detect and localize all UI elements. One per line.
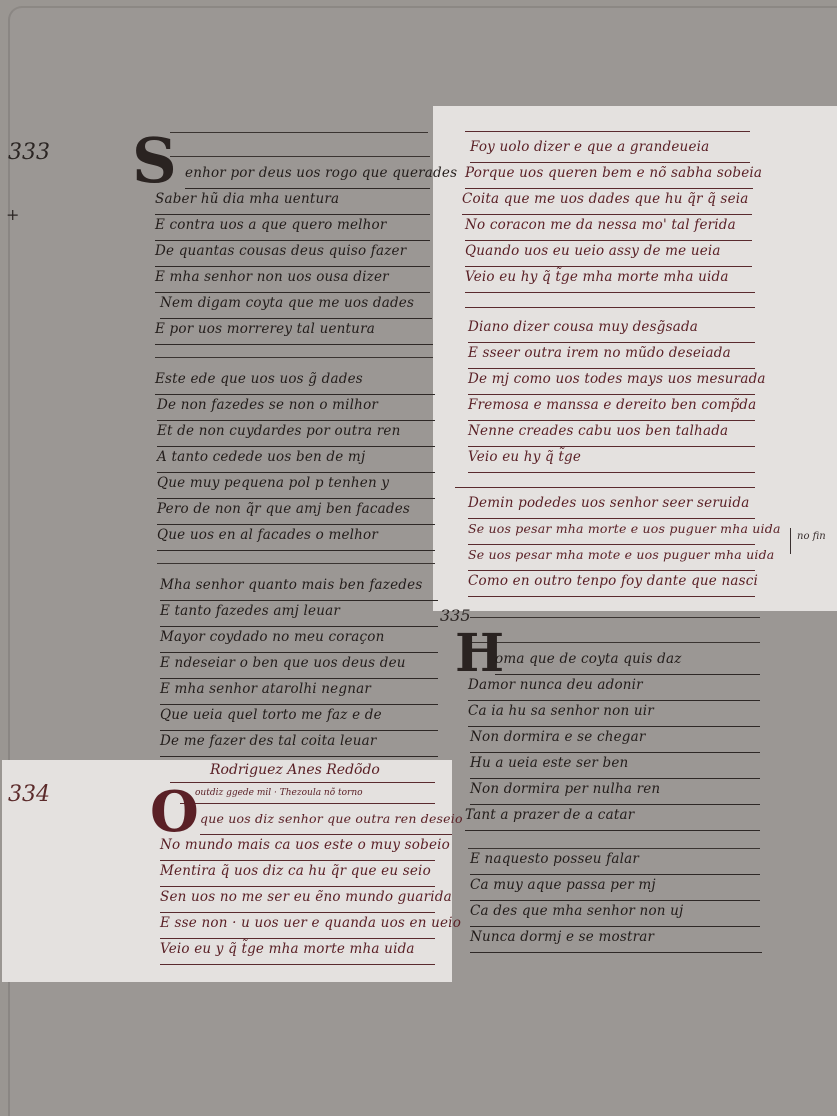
folio-number-334: 334: [8, 782, 50, 807]
verse-line: E tanto fazedes amj leuar: [160, 600, 438, 627]
verse-line: Tant a prazer de a catar: [465, 804, 760, 831]
initial-letter-o: O: [150, 782, 199, 842]
verse-line: No mundo mais ca uos este o muy sobeio: [160, 834, 435, 861]
verse-line: Hu a ueia este ser ben: [470, 752, 760, 779]
verse-line: Nunca dormj e se mostrar: [470, 926, 762, 953]
verse-line: Ca ia hu sa senhor non uir: [468, 700, 760, 727]
verse-line: Ca muy aque passa per mj: [470, 874, 760, 901]
verse-line: A tanto cedede uos ben de mj: [157, 446, 435, 473]
verse-line: E sse non · u uos uer e quanda uos en ue…: [160, 912, 435, 939]
verse-line: Se uos pesar mha mote e uos puguer mha u…: [468, 544, 755, 571]
ruling-line: [157, 563, 435, 564]
verse-line: Que uos en al facades o melhor: [157, 524, 435, 551]
verse-line: Mayor coydado no meu coraçon: [160, 626, 438, 653]
verse-line: E naquesto posseu falar: [470, 848, 760, 875]
verse-line: Fremosa e manssa e dereito ben comp̃da: [468, 394, 755, 421]
verse-line: Este ede que uos uos g̃ dades: [155, 368, 435, 395]
verse-line: Coita que me uos dades que hu q̃r q̃ sei…: [462, 188, 752, 215]
verse-line: Que ueia quel torto me faz e de: [160, 704, 438, 731]
author-rubric: Rodriguez Anes Redõdo: [210, 762, 380, 778]
ruling-line: [465, 131, 750, 132]
verse-line: De quantas cousas deus quiso fazer: [155, 240, 430, 267]
verse-line: E por uos morrerey tal uentura: [155, 318, 433, 345]
verse-line: enhor por deus uos rogo que querades: [185, 162, 430, 189]
verse-line: Nem digam coyta que me uos dades: [160, 292, 432, 319]
ruling-line: [470, 642, 760, 643]
verse-line: Veio eu hy q̃ t̃ge: [468, 446, 755, 473]
verse-line: De me fazer des tal coita leuar: [160, 730, 438, 757]
verse-line: E contra uos a que quero melhor: [155, 214, 430, 241]
rubric-note: outdiz ggede mil · Thezoula nõ torno: [195, 788, 363, 798]
verse-line: oma que de coyta quis daz: [495, 648, 760, 675]
verse-line: Veio eu hy q̃ t̃ge mha morte mha uida: [465, 266, 755, 293]
verse-line: Saber hũ dia mha uentura: [155, 188, 430, 215]
ruling-line: [465, 307, 755, 308]
verse-line: Mentira q̃ uos diz ca hu q̃r que eu seio: [160, 860, 435, 887]
folio-number-333: 333: [8, 140, 50, 165]
ruling-line: [155, 357, 433, 358]
verse-line: Damor nunca deu adonir: [468, 674, 760, 701]
verse-line: Ca des que mha senhor non uj: [470, 900, 760, 927]
verse-line: Non dormira per nulha ren: [470, 778, 760, 805]
verse-line: Sen uos no me ser eu ẽno mundo guarida: [160, 886, 435, 913]
verse-line: Pero de non q̃r que amj ben facades: [157, 498, 435, 525]
verse-line: Porque uos queren bem e nõ sabha sobeia: [465, 162, 753, 189]
verse-line: Demin podedes uos senhor seer seruida: [468, 492, 755, 519]
verse-line: Como en outro tenpo foy dante que nasci: [468, 570, 755, 597]
margin-note-text: no fin: [790, 528, 826, 554]
verse-line: E ndeseiar o ben que uos deus deu: [160, 652, 438, 679]
verse-line: Foy uolo dizer e que a grandeueia: [470, 136, 750, 163]
verse-line: E mha senhor non uos ousa dizer: [155, 266, 430, 293]
verse-line: Se uos pesar mha morte e uos puguer mha …: [468, 518, 755, 545]
margin-cross-mark: +: [6, 205, 19, 224]
verse-line: que uos diz senhor que outra ren deseio: [200, 808, 452, 835]
verse-line: De non fazedes se non o milhor: [157, 394, 435, 421]
verse-line: Nenne creades cabu uos ben talhada: [468, 420, 755, 447]
verse-line: Que muy pequena pol p tenhen y: [157, 472, 435, 499]
verse-line: Et de non cuydardes por outra ren: [157, 420, 435, 447]
ruling-line: [170, 132, 428, 133]
verse-line: Diano dizer cousa muy desg̃sada: [468, 316, 755, 343]
ruling-line: [170, 156, 430, 157]
verse-line: Veio eu y q̃ t̃ge mha morte mha uida: [160, 938, 435, 965]
verse-line: Quando uos eu ueio assy de me ueia: [465, 240, 752, 267]
margin-note-fin: no fin: [790, 528, 826, 554]
ruling-line: [455, 487, 755, 488]
verse-line: Non dormira e se chegar: [470, 726, 760, 753]
verse-line: Mha senhor quanto mais ben fazedes: [160, 574, 438, 601]
verse-line: E sseer outra irem no mũdo deseiada: [468, 342, 755, 369]
ruling-line: [170, 782, 435, 783]
verse-line: De mj como uos todes mays uos mesurada: [468, 368, 755, 395]
ruling-line: [180, 803, 435, 804]
ruling-line: [470, 617, 760, 618]
verse-line: No coracon me da nessa mo' tal ferida: [465, 214, 752, 241]
initial-letter-s: S: [132, 128, 177, 194]
verse-line: E mha senhor atarolhi negnar: [160, 678, 438, 705]
